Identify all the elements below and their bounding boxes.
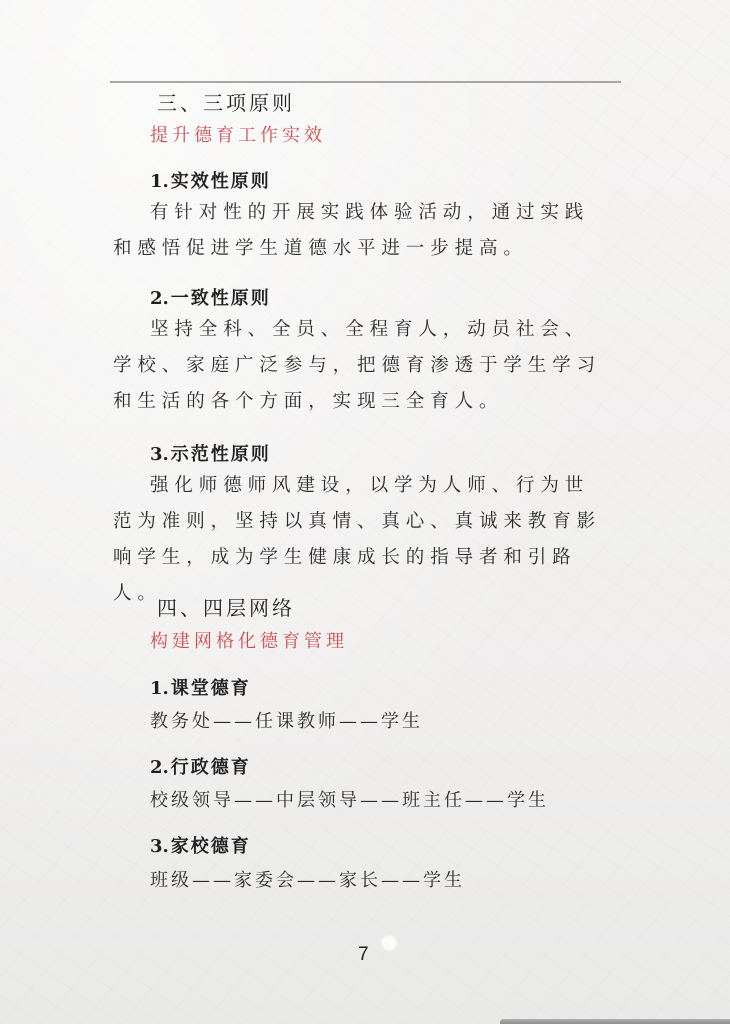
item-number: 2. (150, 757, 169, 778)
chain-home-school: 班级——家委会——家长——学生 (150, 869, 465, 893)
section-subtitle-network: 构建网格化德育管理 (150, 630, 348, 654)
section-heading-principles: 三、三项原则 (157, 91, 295, 115)
chain-administrative: 校级领导——中层领导——班主任——学生 (150, 789, 549, 813)
item-heading-effectiveness: 1.实效性原则 (150, 170, 271, 194)
item-heading-consistency: 2.一致性原则 (150, 287, 271, 311)
chain-classroom: 教务处——任课教师——学生 (150, 710, 423, 734)
item-title: 课堂德育 (171, 678, 251, 699)
scroll-indicator-bar[interactable] (500, 1019, 730, 1024)
item-heading-administrative: 2.行政德育 (150, 756, 251, 780)
item-title: 一致性原则 (171, 288, 271, 309)
item-heading-exemplary: 3.示范性原则 (150, 443, 271, 467)
item-title: 实效性原则 (171, 171, 271, 192)
item-number: 2. (150, 288, 169, 309)
page-indicator-dot (382, 936, 396, 950)
item-heading-classroom: 1.课堂德育 (150, 677, 251, 701)
item-number: 1. (150, 678, 169, 699)
item-title: 示范性原则 (171, 444, 271, 465)
item-heading-home-school: 3.家校德育 (150, 835, 251, 859)
item-number: 3. (150, 836, 169, 857)
paragraph-exemplary: 强化师德师风建设，以学为人师、行为世范为准则，坚持以真情、真心、真诚来教育影响学… (113, 468, 613, 612)
item-title: 家校德育 (171, 836, 251, 857)
section-subtitle-principles: 提升德育工作实效 (150, 124, 326, 148)
item-number: 3. (150, 444, 169, 465)
section-heading-network: 四、四层网络 (157, 596, 295, 620)
document-page: 三、三项原则 提升德育工作实效 1.实效性原则 有针对性的开展实践体验活动，通过… (0, 0, 730, 1024)
top-divider (110, 81, 621, 83)
item-number: 1. (150, 171, 169, 192)
page-number: 7 (358, 944, 369, 966)
paragraph-effectiveness: 有针对性的开展实践体验活动，通过实践和感悟促进学生道德水平进一步提高。 (113, 195, 613, 267)
item-title: 行政德育 (171, 757, 251, 778)
paragraph-consistency: 坚持全科、全员、全程育人，动员社会、学校、家庭广泛参与，把德育渗透于学生学习和生… (113, 312, 613, 420)
